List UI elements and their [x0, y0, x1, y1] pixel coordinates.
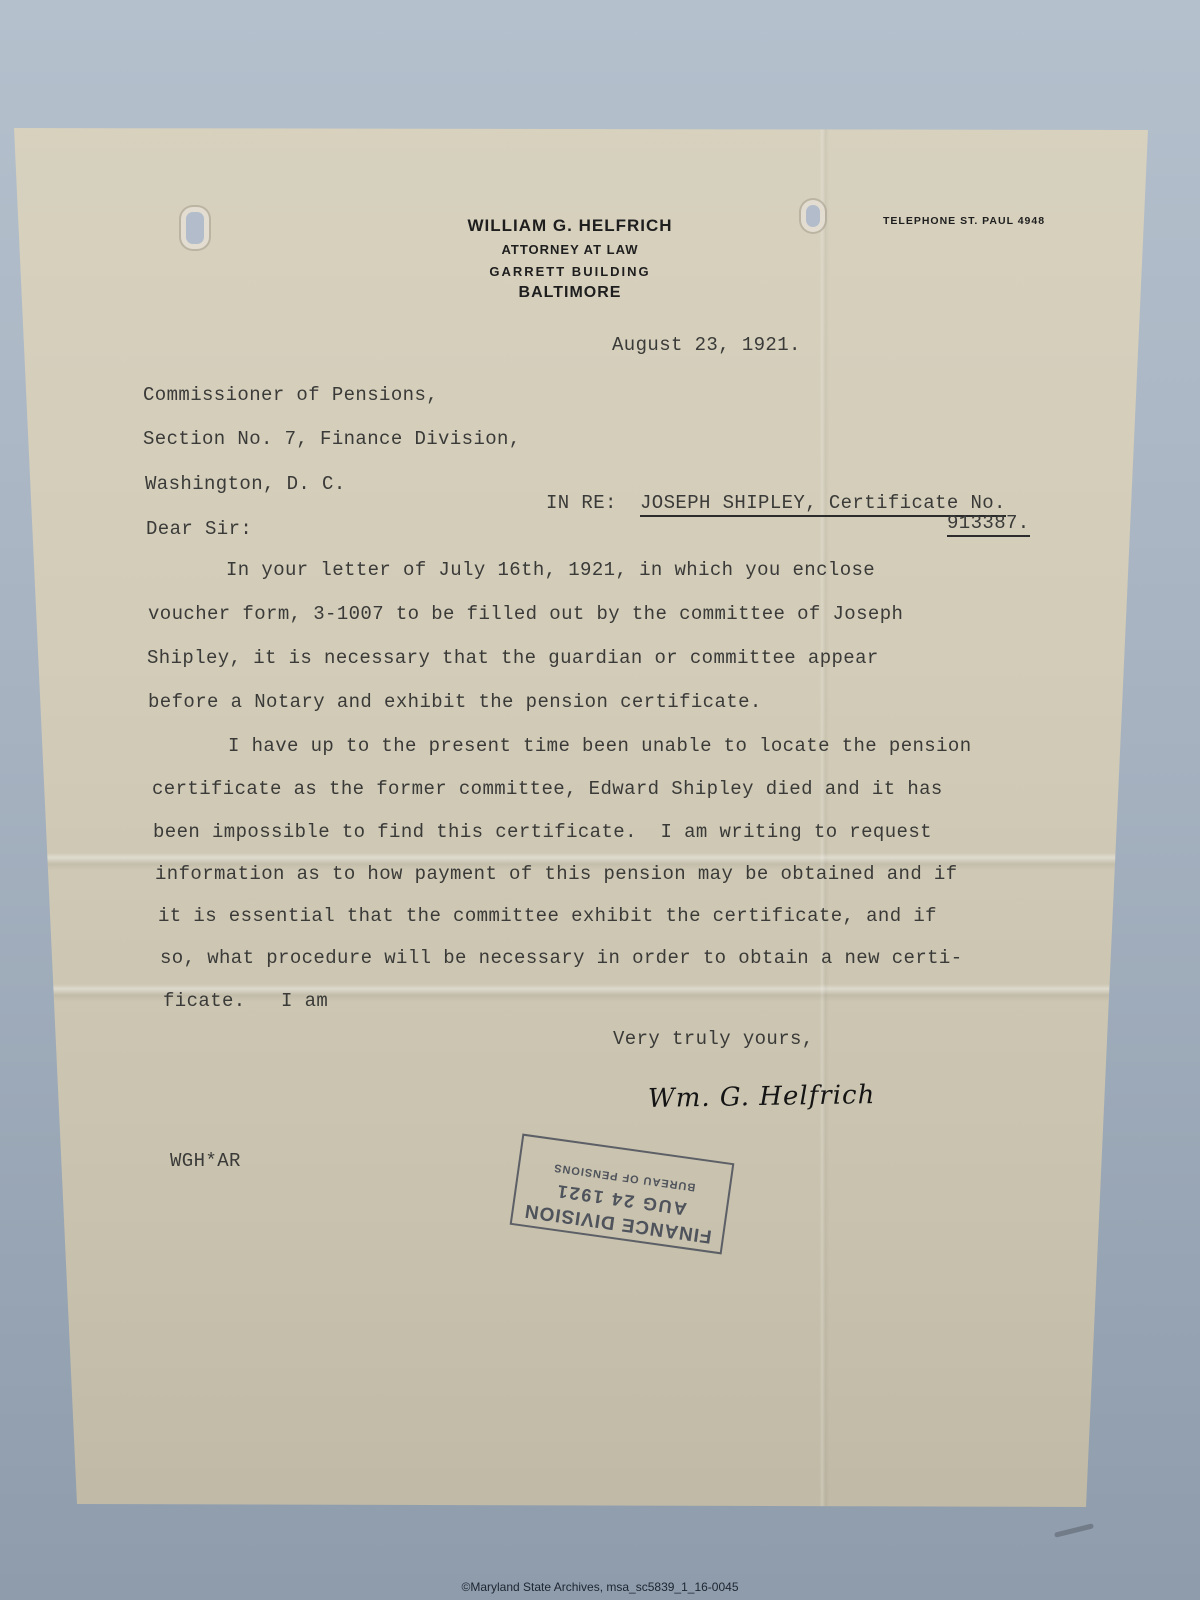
body-p2-line-6: so, what procedure will be necessary in … — [160, 947, 963, 969]
typist-initials: WGH*AR — [170, 1150, 241, 1172]
body-p2-line-4: information as to how payment of this pe… — [155, 863, 958, 885]
reference-prefix: IN RE: — [546, 492, 617, 514]
salutation: Dear Sir: — [146, 518, 252, 540]
letterhead-title: ATTORNEY AT LAW — [420, 242, 720, 257]
reference-certificate-number: 913387. — [947, 512, 1030, 537]
body-p2-line-1: I have up to the present time been unabl… — [228, 735, 972, 757]
punch-hole-left — [186, 212, 204, 244]
letterhead-name: WILLIAM G. HELFRICH — [420, 216, 720, 236]
letter-paper — [0, 0, 1200, 1600]
recipient-line-2: Section No. 7, Finance Division, — [143, 428, 521, 450]
recipient-line-3: Washington, D. C. — [145, 473, 346, 495]
body-p1-line-4: before a Notary and exhibit the pension … — [148, 691, 762, 713]
body-p2-line-2: certificate as the former committee, Edw… — [152, 778, 943, 800]
letterhead-telephone: TELEPHONE ST. PAUL 4948 — [883, 215, 1045, 227]
letterhead-city: BALTIMORE — [420, 284, 720, 302]
body-p2-line-5: it is essential that the committee exhib… — [158, 905, 937, 927]
letter-date: August 23, 1921. — [612, 334, 801, 356]
closing: Very truly yours, — [613, 1028, 814, 1050]
body-p1-line-2: voucher form, 3-1007 to be filled out by… — [148, 603, 903, 625]
body-p2-line-3: been impossible to find this certificate… — [153, 821, 932, 843]
body-p1-line-3: Shipley, it is necessary that the guardi… — [147, 647, 879, 669]
pencil-mark — [1054, 1523, 1094, 1538]
recipient-line-1: Commissioner of Pensions, — [143, 384, 438, 406]
copyright-notice: ©Maryland State Archives, msa_sc5839_1_1… — [0, 1580, 1200, 1594]
letterhead-building: GARRETT BUILDING — [420, 264, 720, 279]
body-p1-line-1: In your letter of July 16th, 1921, in wh… — [226, 559, 875, 581]
body-p2-line-7: ficate. I am — [163, 990, 328, 1012]
signature: Wm. G. Helfrich — [648, 1080, 876, 1114]
punch-hole-right — [806, 205, 820, 227]
